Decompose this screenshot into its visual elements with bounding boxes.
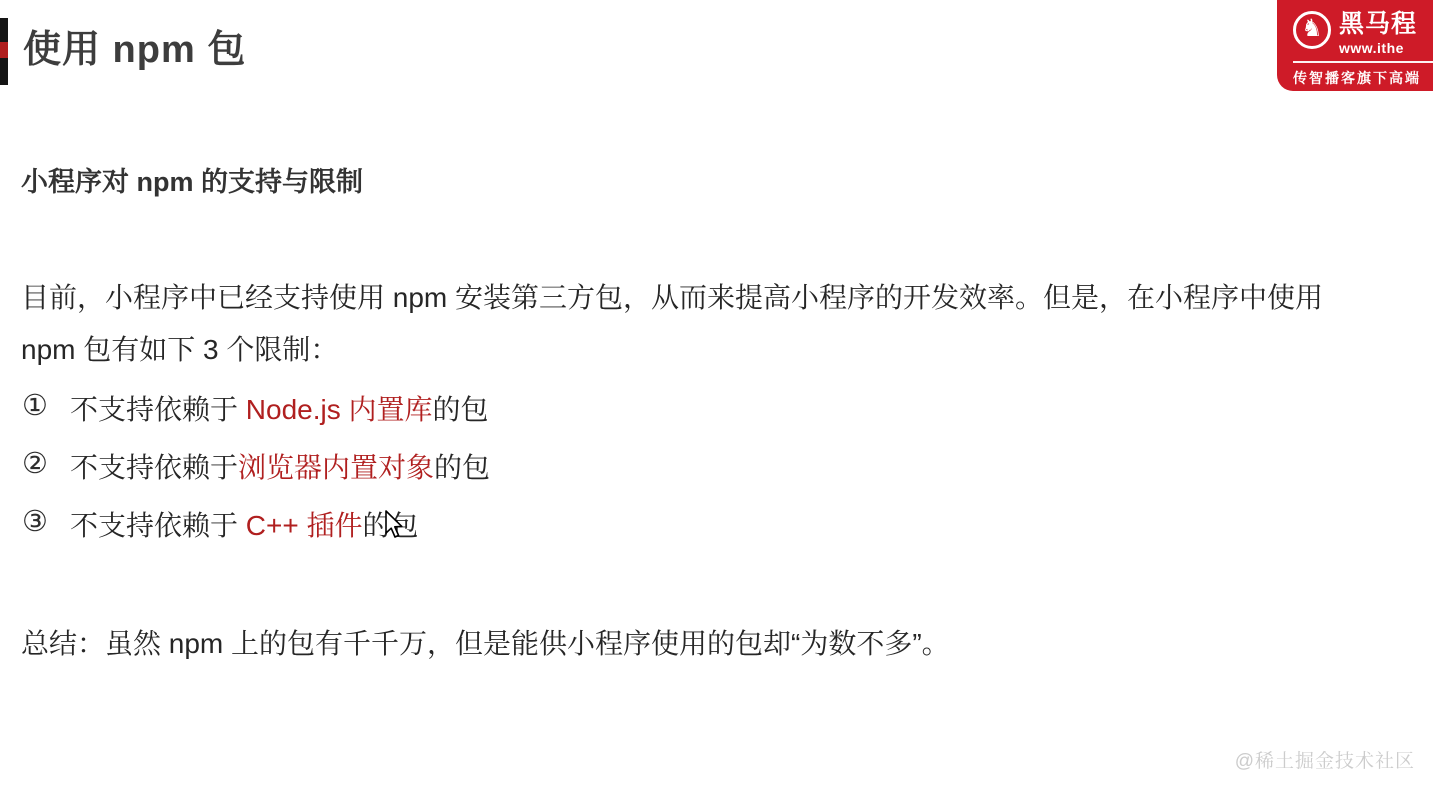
accent-bar-black-bottom — [0, 58, 8, 85]
accent-bar-red — [0, 42, 8, 58]
restriction-prefix: 不支持依赖于 — [70, 452, 238, 483]
restriction-highlight: C++ 插件 — [246, 510, 363, 541]
summary-text: 总结：虽然 npm 上的包有千千万，但是能供小程序使用的包却“为数不多”。 — [21, 622, 950, 662]
horse-glyph: ♞ — [1301, 17, 1323, 41]
restriction-highlight: 浏览器内置对象 — [238, 452, 434, 483]
restriction-highlight: Node.js 内置库 — [246, 394, 433, 425]
circled-1-bullet: ① — [22, 388, 70, 423]
restriction-text: 不支持依赖于浏览器内置对象的包 — [70, 446, 490, 486]
restriction-list: ① 不支持依赖于 Node.js 内置库的包 ② 不支持依赖于浏览器内置对象的包… — [22, 388, 490, 562]
restriction-suffix: 的包 — [434, 452, 490, 483]
restriction-suffix: 的包 — [433, 394, 489, 425]
watermark: @稀土掘金技术社区 — [1235, 746, 1415, 773]
restriction-text: 不支持依赖于 C++ 插件的包 — [70, 504, 419, 544]
intro-line-2: npm 包有如下 3 个限制： — [21, 324, 1401, 376]
page-title: 使用 npm 包 — [23, 18, 246, 73]
logo-url-text: www.ithe — [1339, 40, 1417, 56]
intro-line-1: 目前，小程序中已经支持使用 npm 安装第三方包，从而来提高小程序的开发效率。但… — [21, 272, 1401, 324]
itheima-logo-badge: ♞ 黑马程 www.ithe 传智播客旗下高端 — [1277, 0, 1433, 91]
logo-texts: 黑马程 www.ithe — [1339, 4, 1417, 56]
accent-bar-black-top — [0, 18, 8, 42]
intro-paragraph: 目前，小程序中已经支持使用 npm 安装第三方包，从而来提高小程序的开发效率。但… — [21, 272, 1401, 376]
slide-accent-bar — [0, 18, 8, 85]
restriction-prefix: 不支持依赖于 — [70, 510, 246, 541]
restriction-suffix: 的包 — [363, 510, 419, 541]
logo-tagline: 传智播客旗下高端 — [1293, 68, 1433, 88]
logo-brand-text: 黑马程 — [1339, 4, 1417, 40]
restriction-item-1: ① 不支持依赖于 Node.js 内置库的包 — [22, 388, 490, 446]
logo-divider — [1293, 61, 1433, 63]
logo-top-row: ♞ 黑马程 www.ithe — [1293, 4, 1433, 56]
restriction-item-3: ③ 不支持依赖于 C++ 插件的包 — [22, 504, 490, 562]
circled-3-bullet: ③ — [22, 504, 70, 539]
restriction-prefix: 不支持依赖于 — [70, 394, 246, 425]
restriction-item-2: ② 不支持依赖于浏览器内置对象的包 — [22, 446, 490, 504]
section-heading: 小程序对 npm 的支持与限制 — [21, 160, 363, 199]
restriction-text: 不支持依赖于 Node.js 内置库的包 — [70, 388, 489, 428]
horse-head-icon: ♞ — [1293, 11, 1331, 49]
circled-2-bullet: ② — [22, 446, 70, 481]
